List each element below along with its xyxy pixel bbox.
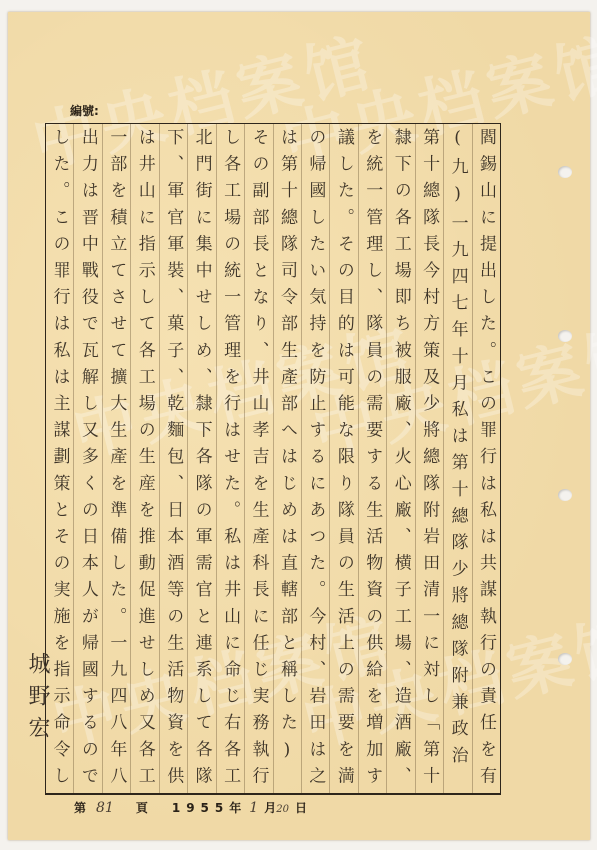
signature: 城野宏	[22, 652, 53, 748]
text-column: 北門街に集中せしめ、隸下各隊の軍需官と連系して各隊に軍靴、靴	[187, 124, 215, 793]
text-column: は井山に指示して各工場の生産を推動促進せしめ又各工場利益金の	[130, 124, 158, 793]
text-column: 議した。その目的は可能な限り隊員の生活上の需要を満足させてそ	[329, 124, 357, 793]
text-column: を統一管理し、隊員の需要する生活物資の供給を増加することを建	[358, 124, 386, 793]
document-page: 中央档案馆 中央档案馆 中央档案馆 中央档案馆 中央档案馆 中央档案馆 編號: …	[8, 12, 590, 840]
punch-hole	[558, 166, 572, 178]
text-column: 隸下の各工場即ち被服廠、火心廠、横子工場、造酒廠、製靴工場等	[386, 124, 414, 793]
text-column: その副部長となり、井山孝吉を生產科長に任じ実務執行の責任者と	[244, 124, 272, 793]
text-column: 出力は晋中戰役で瓦解し又多くの日本人が帰國するので生產を停止	[73, 124, 101, 793]
punch-hole	[558, 489, 572, 501]
text-column: し各工場の統一管理を行はせた。私は井山に命じ右各工場を凡て小	[216, 124, 244, 793]
manuscript-grid: 閻錫山に提出した。この罪行は私は共謀執行の責任を有する。 (九)一九四七年十月私…	[45, 123, 501, 795]
text-column: 閻錫山に提出した。この罪行は私は共謀執行の責任を有する。	[472, 124, 500, 793]
year: 1955	[172, 801, 229, 815]
month: 1	[249, 800, 258, 816]
punch-hole	[558, 653, 572, 665]
page-number: 81	[96, 800, 114, 816]
page-footer: 第 81 頁 1955 年 1 月 20 日	[74, 799, 307, 816]
text-column: 下、軍官軍裝、菓子、乾麵包、日本酒等の生活物資を供給した。私	[159, 124, 187, 793]
day-suffix: 日	[295, 799, 307, 816]
text-column: 一部を積立てさせて擴大生產を準備した。一九四八年八月第十總隊	[102, 124, 130, 793]
page-prefix: 第	[74, 799, 86, 816]
month-suffix: 月	[264, 799, 276, 816]
code-label: 編號:	[70, 102, 99, 119]
year-suffix: 年	[229, 799, 241, 816]
text-column: の帰國したい気持を防止するにあつた。今村、岩田は之に同意し、私	[301, 124, 329, 793]
text-column: は第十總隊司令部生產部へはじめは直轄部と稱した)を成立せしめ	[273, 124, 301, 793]
text-column: (九)一九四七年十月私は第十總隊少將總隊附兼政治部長として	[443, 124, 471, 793]
page-suffix: 頁	[136, 799, 148, 816]
day: 20	[276, 804, 289, 815]
text-column: 第十總隊長今村方策及少將總隊附岩田清一に対し「第十總隊司令部	[415, 124, 443, 793]
punch-hole	[558, 330, 572, 342]
